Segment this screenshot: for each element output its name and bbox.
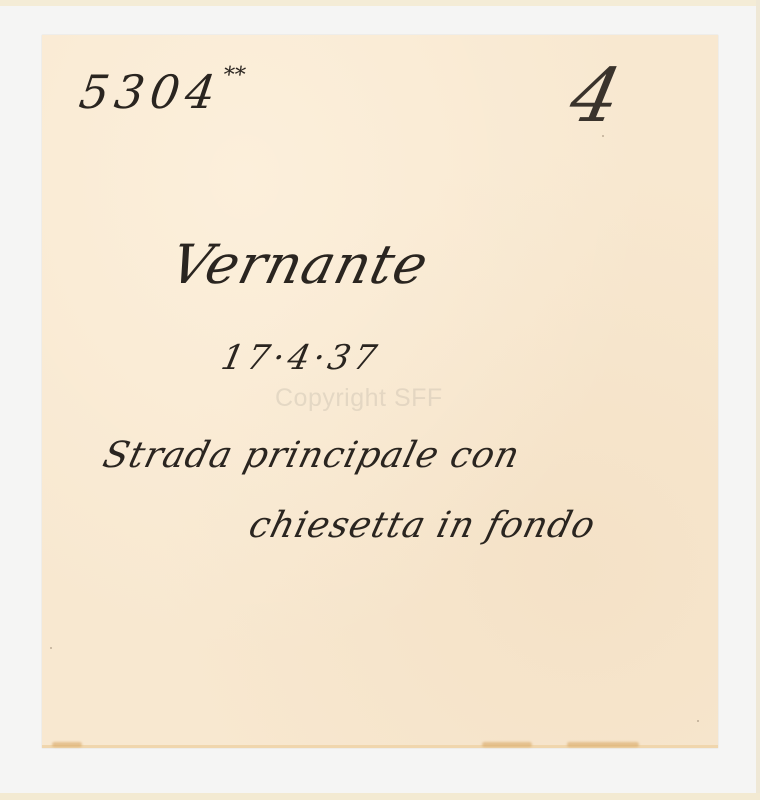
sheet-number: 4 (563, 53, 629, 139)
photo-date: 17·4·37 (218, 338, 384, 378)
catalog-marks: ** (221, 63, 247, 88)
description-line-2: chiesetta in fondo (245, 505, 600, 546)
catalog-number: 5304** (76, 63, 247, 119)
edge-stain (567, 742, 639, 747)
catalog-number-value: 5304 (76, 65, 225, 119)
mount-bottom-edge (0, 793, 760, 800)
copyright-watermark: Copyright SFF (275, 384, 443, 413)
edge-stain (482, 742, 532, 747)
paper-speck (602, 135, 604, 137)
place-name: Vernante (164, 233, 435, 296)
paper-speck (50, 647, 52, 649)
paper-speck (697, 720, 699, 722)
edge-stain (52, 742, 82, 747)
description-line-1: Strada principale con (99, 435, 524, 476)
mount-top-edge (0, 0, 760, 6)
mount-right-edge (756, 0, 760, 800)
